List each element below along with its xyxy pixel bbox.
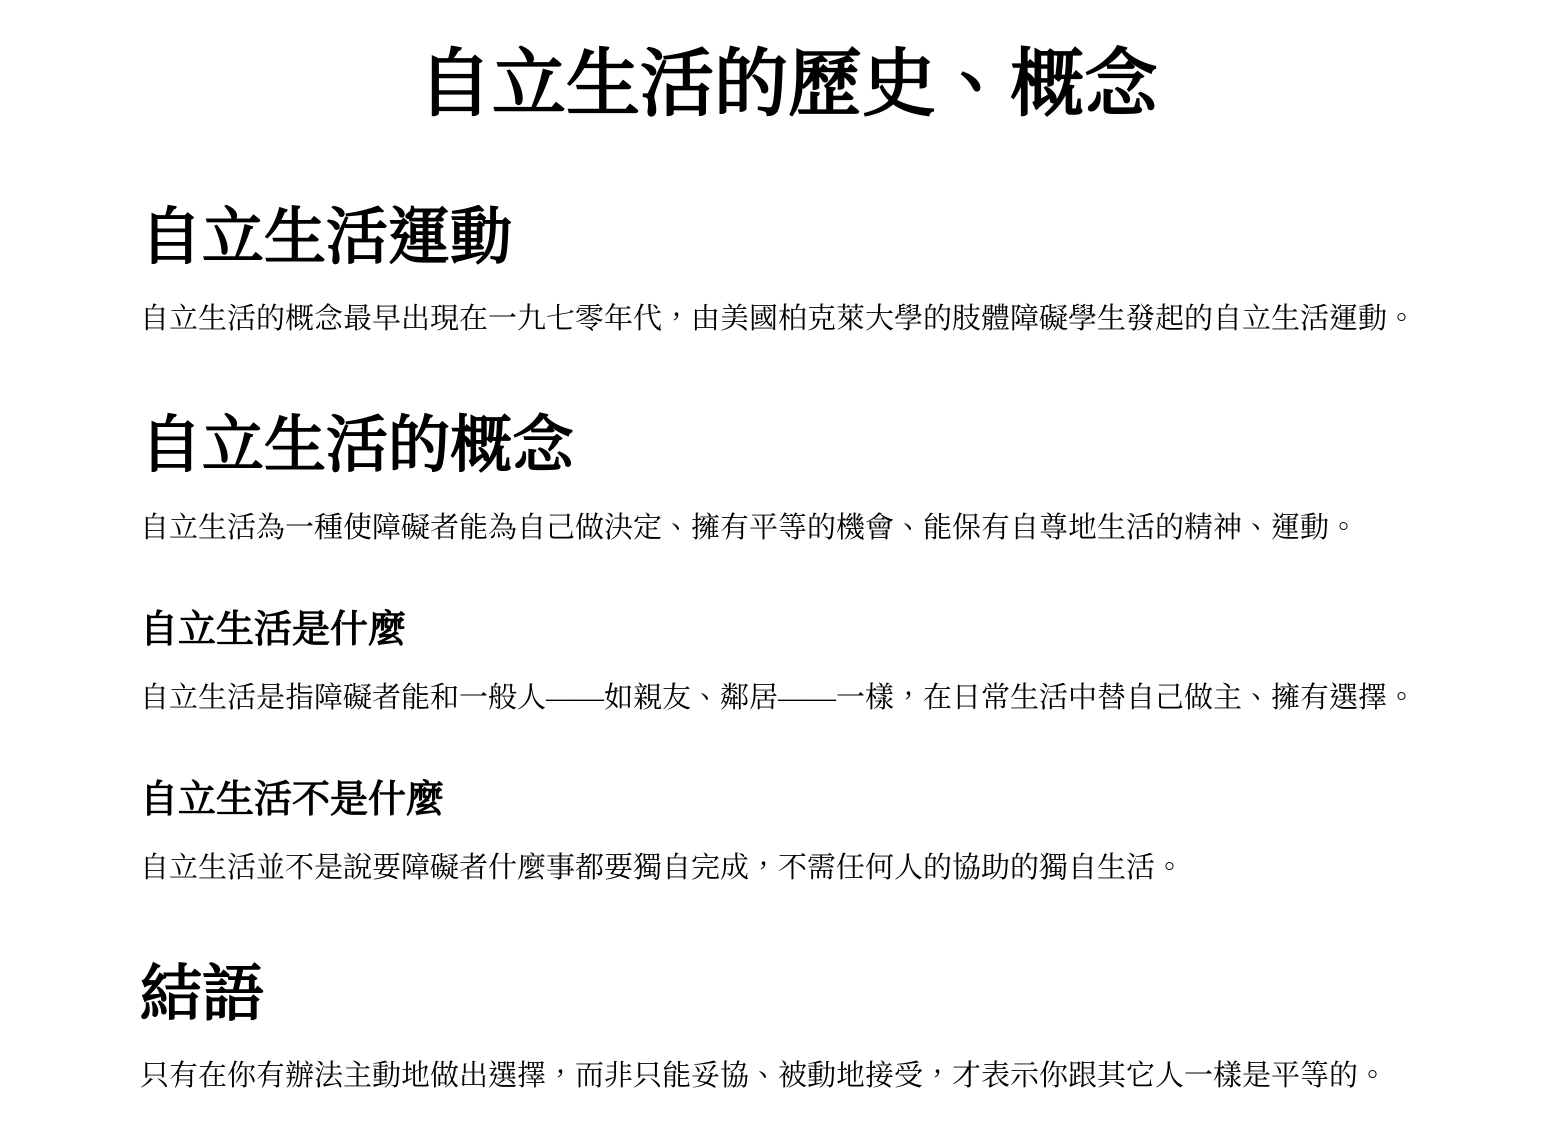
section-conclusion: 結語 只有在你有辦法主動地做出選擇，而非只能妥協、被動地接受，才表示你跟其它人一…	[140, 958, 1436, 1095]
subsection-heading-what-it-is-not: 自立生活不是什麼	[140, 778, 1436, 824]
subsection-paragraph-what-it-is-not: 自立生活並不是說要障礙者什麼事都要獨自完成，不需任何人的協助的獨自生活。	[140, 850, 1436, 886]
subsection-paragraph-what-it-is: 自立生活是指障礙者能和一般人——如親友、鄰居——一樣，在日常生活中替自己做主、擁…	[140, 680, 1436, 716]
section-heading-movement: 自立生活運動	[140, 201, 1436, 275]
section-heading-conclusion: 結語	[140, 958, 1436, 1032]
section-heading-concept: 自立生活的概念	[140, 409, 1436, 483]
section-independent-living-concept: 自立生活的概念 自立生活為一種使障礙者能為自己做決定、擁有平等的機會、能保有自尊…	[140, 409, 1436, 546]
section-paragraph-concept: 自立生活為一種使障礙者能為自己做決定、擁有平等的機會、能保有自尊地生活的精神、運…	[140, 510, 1436, 546]
section-independent-living-movement: 自立生活運動 自立生活的概念最早出現在一九七零年代，由美國柏克萊大學的肢體障礙學…	[140, 201, 1436, 338]
subsection-what-it-is-not: 自立生活不是什麼 自立生活並不是說要障礙者什麼事都要獨自完成，不需任何人的協助的…	[140, 778, 1436, 886]
section-paragraph-conclusion: 只有在你有辦法主動地做出選擇，而非只能妥協、被動地接受，才表示你跟其它人一樣是平…	[140, 1058, 1436, 1094]
subsection-heading-what-it-is: 自立生活是什麼	[140, 608, 1436, 654]
document-page: 自立生活的歷史、概念 自立生活運動 自立生活的概念最早出現在一九七零年代，由美國…	[0, 0, 1566, 1094]
subsection-what-it-is: 自立生活是什麼 自立生活是指障礙者能和一般人——如親友、鄰居——一樣，在日常生活…	[140, 608, 1436, 716]
section-paragraph-movement: 自立生活的概念最早出現在一九七零年代，由美國柏克萊大學的肢體障礙學生發起的自立生…	[140, 301, 1436, 337]
page-title: 自立生活的歷史、概念	[140, 40, 1436, 129]
